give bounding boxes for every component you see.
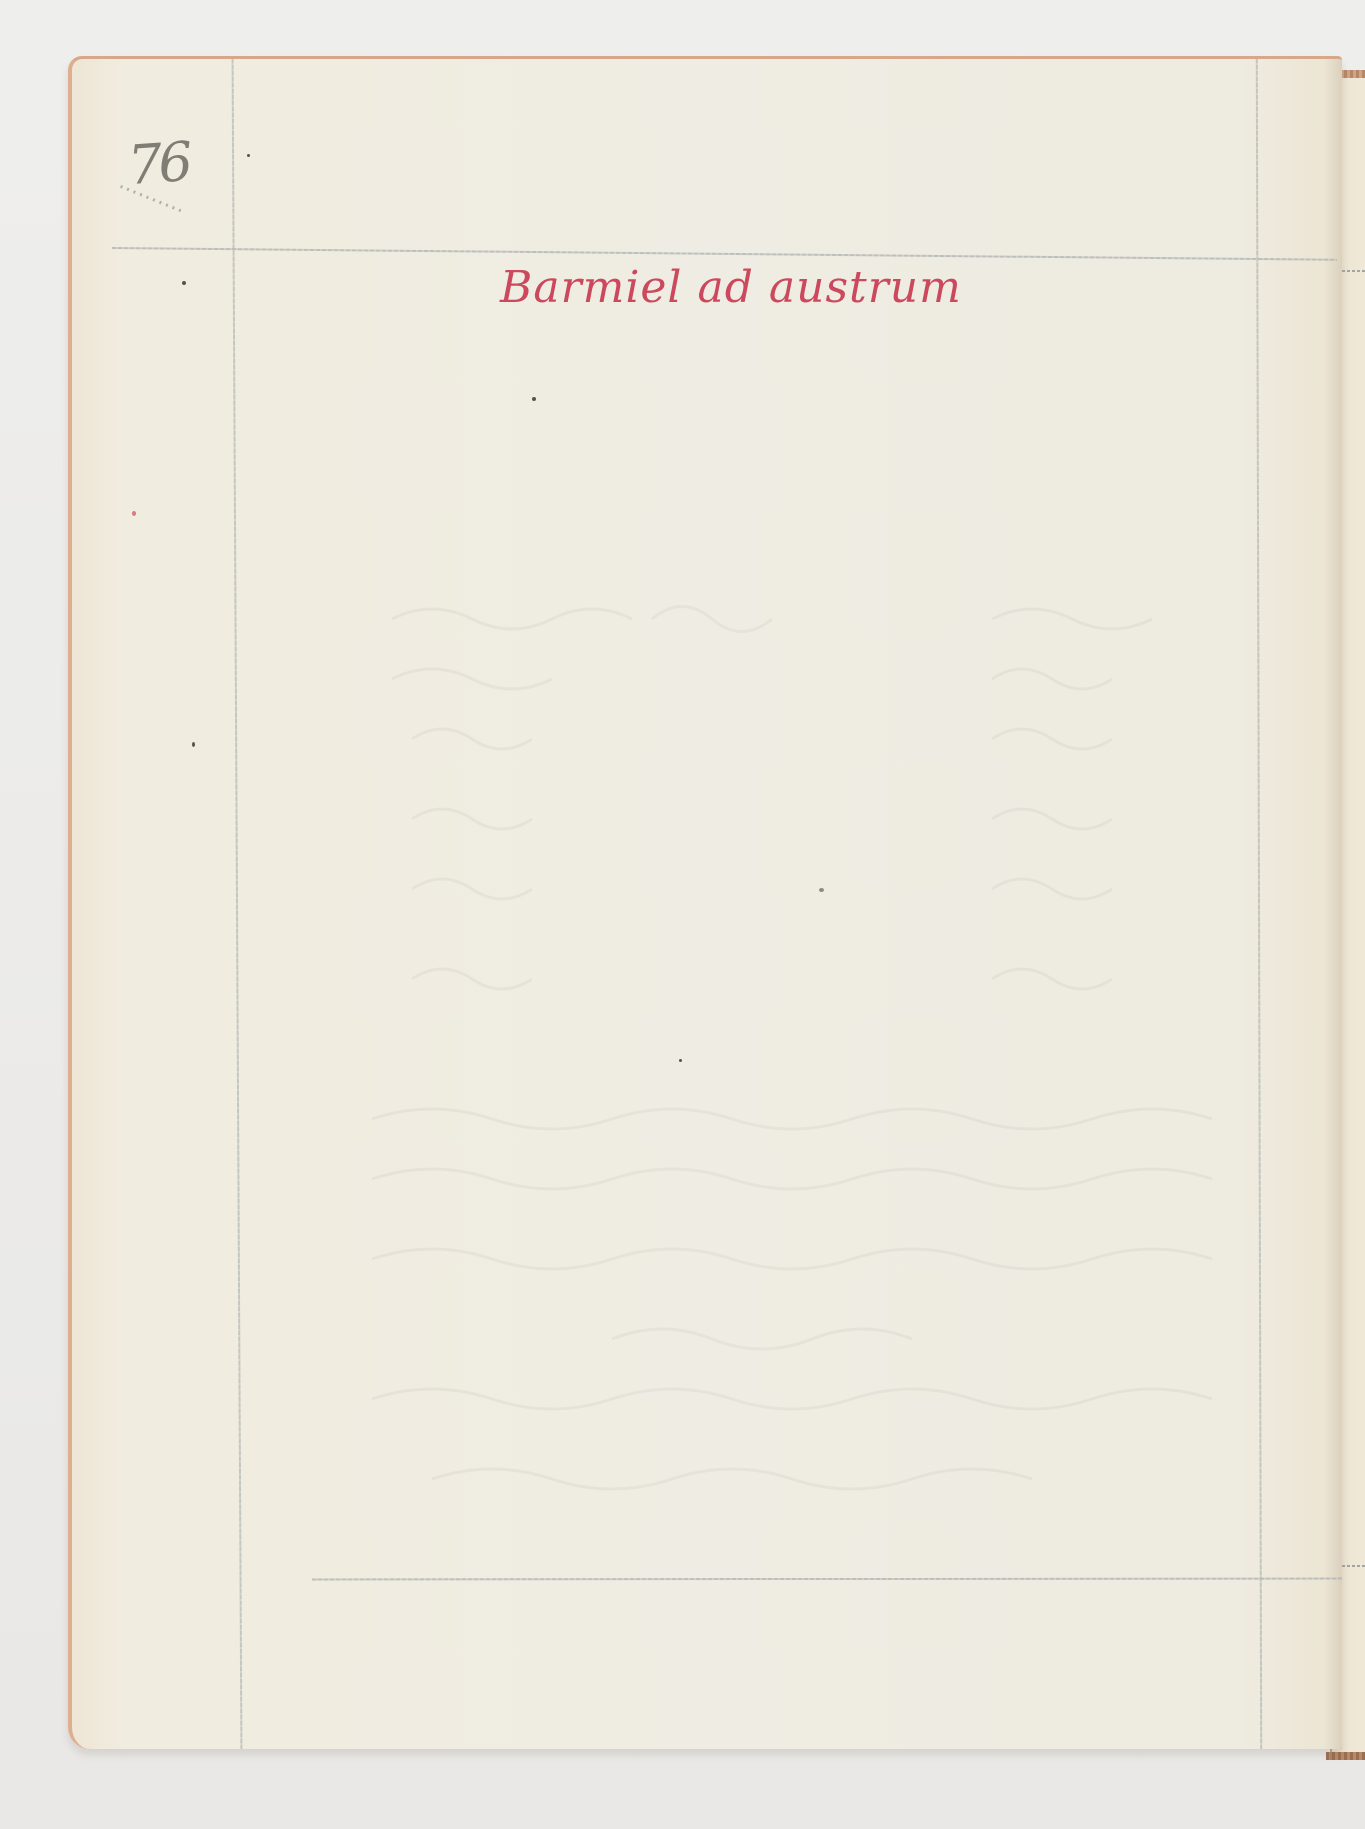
bleed-through-text [372, 559, 1272, 1559]
ink-speck [182, 281, 186, 285]
top-margin-rule [112, 247, 1337, 261]
page-title: Barmiel ad austrum [500, 262, 1040, 313]
ink-speck [192, 742, 195, 747]
ink-speck [532, 397, 536, 401]
bottom-margin-rule [312, 1578, 1342, 1581]
page-number: 76 [126, 130, 191, 197]
ink-speck [679, 1059, 682, 1062]
page-gutter-shadow [1324, 59, 1342, 1749]
ink-speck [247, 154, 250, 157]
left-margin-rule [232, 59, 243, 1749]
facing-page-gilt-edge-bottom [1326, 1752, 1365, 1760]
right-margin-rule [1256, 59, 1262, 1749]
red-ink-speck [132, 511, 136, 516]
ink-speck [819, 888, 824, 892]
